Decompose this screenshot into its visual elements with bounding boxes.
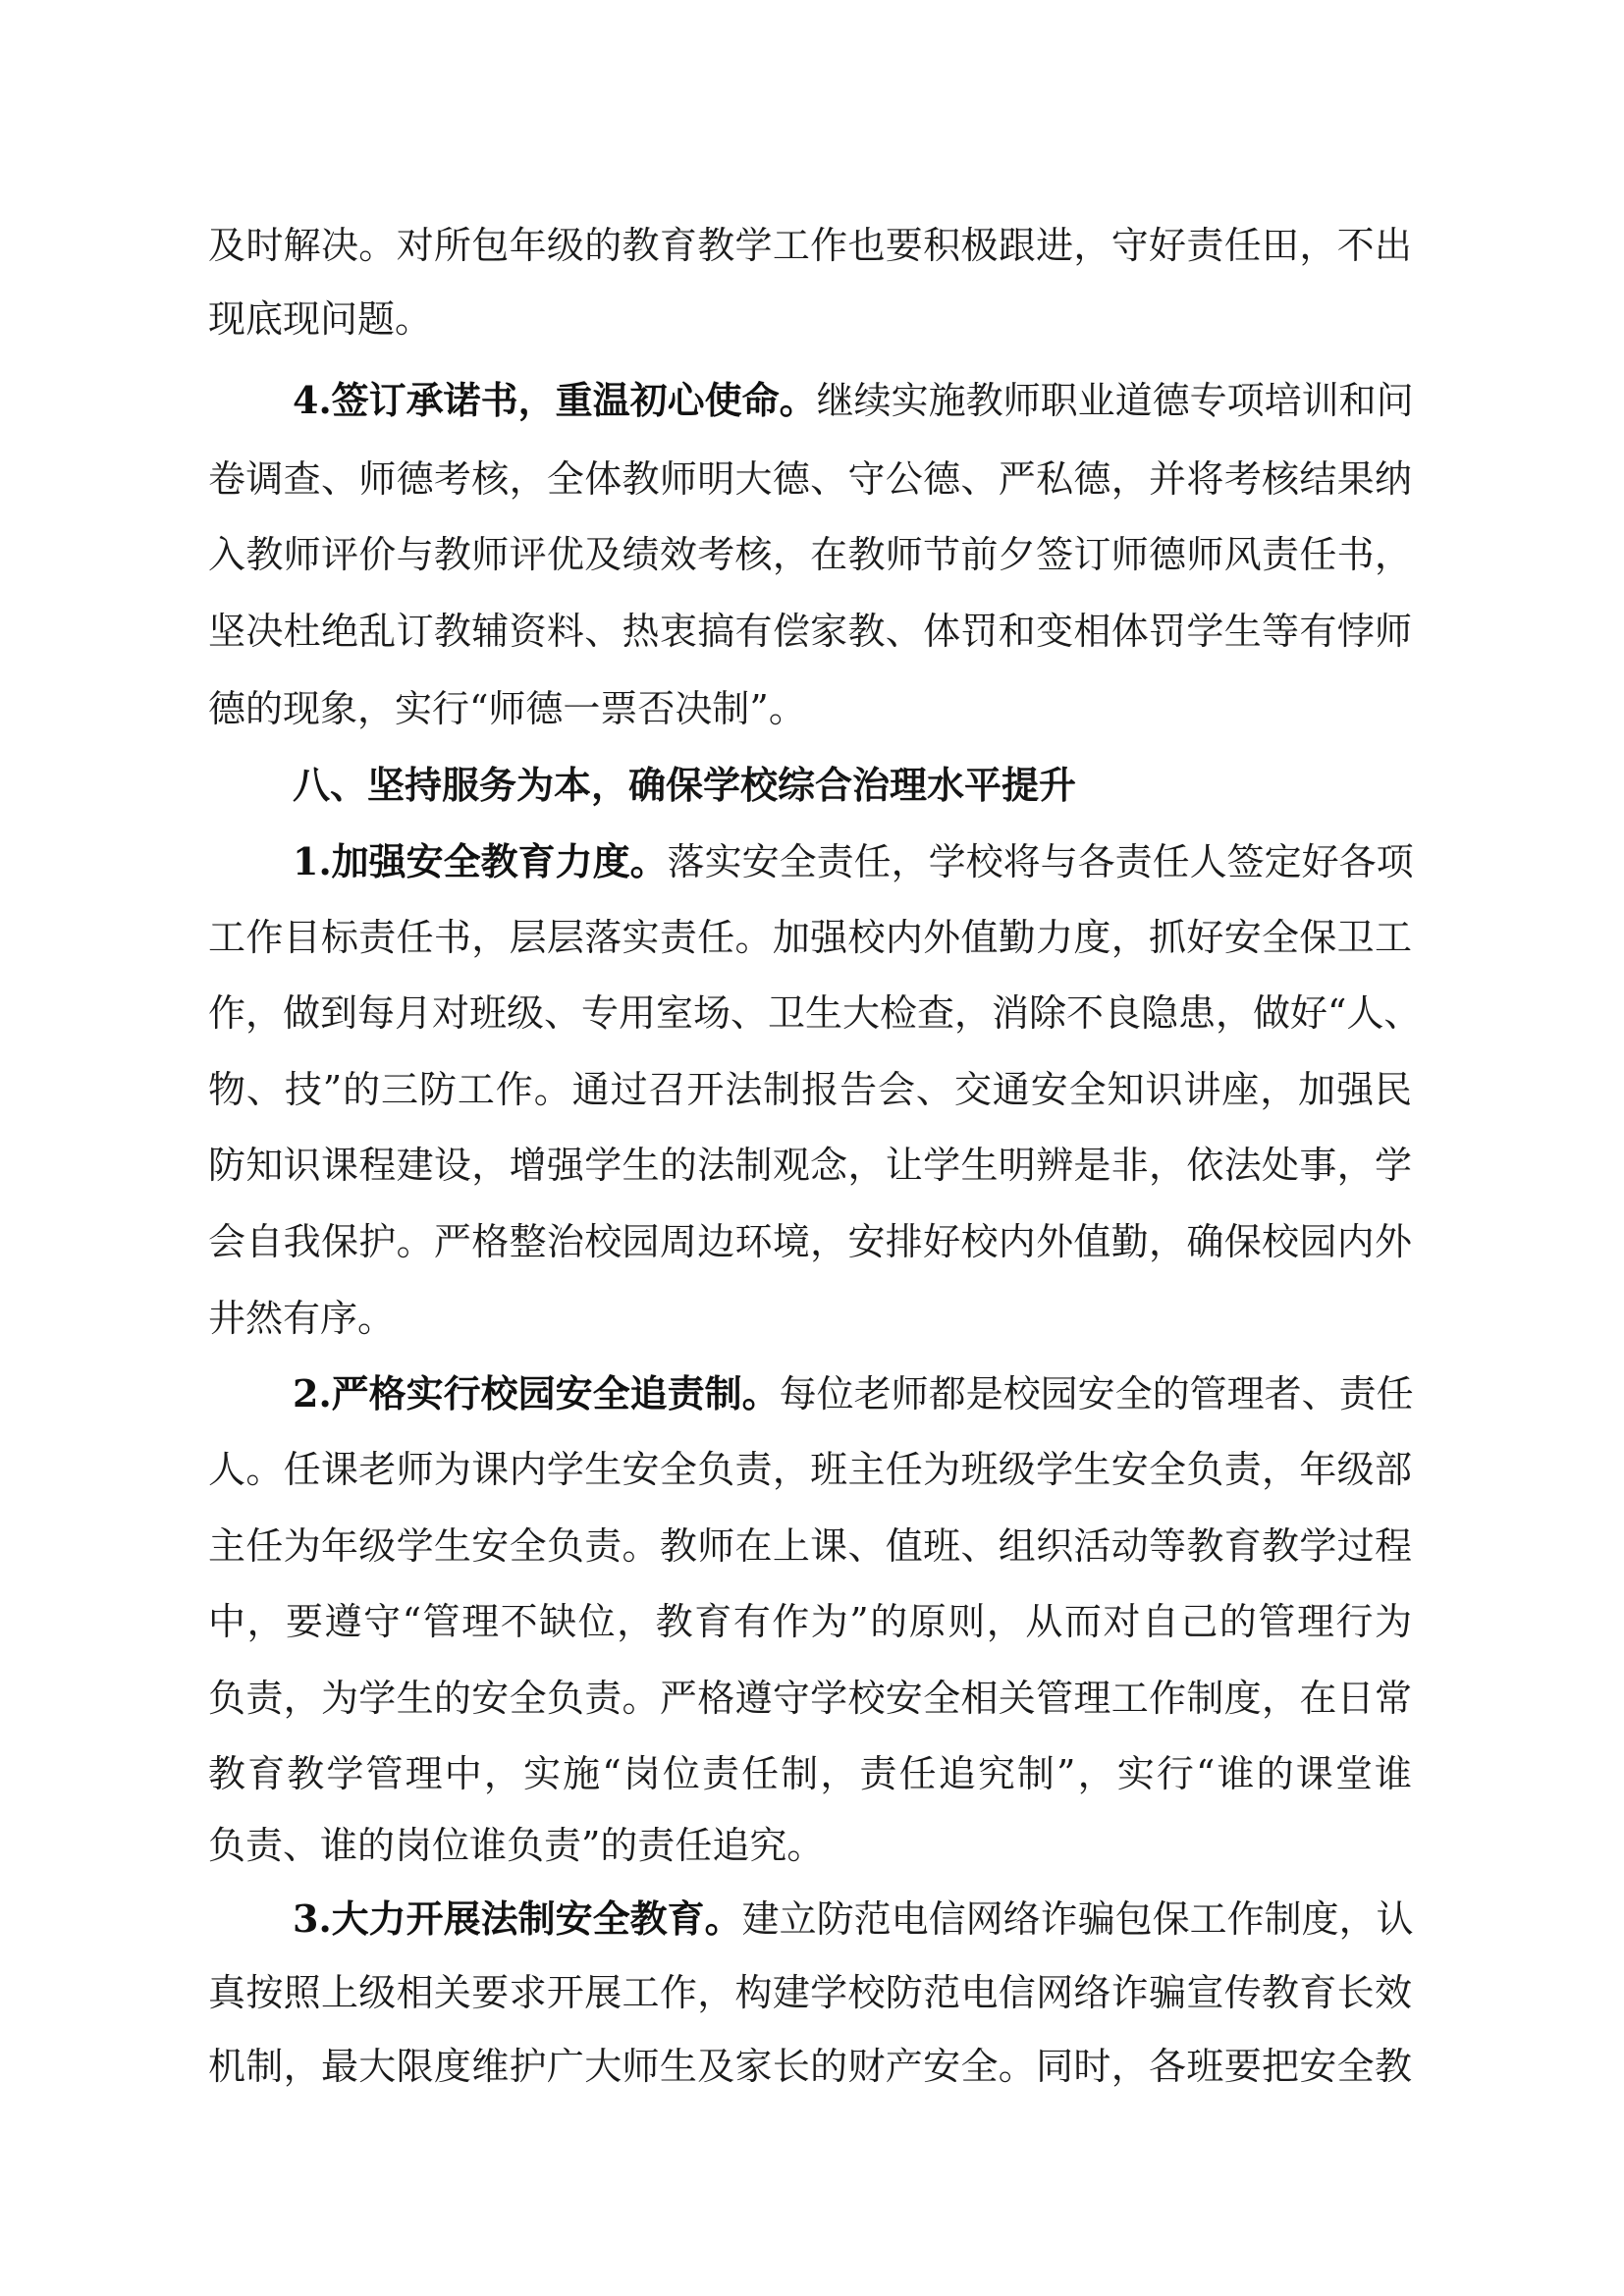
line-text: 物、技”的三防工作。通过召开法制报告会、交通安全知识讲座，加强民 [208, 1068, 1412, 1111]
line-text: 作，做到每月对班级、专用室场、卫生大检查，消除不良隐患，做好“人、 [208, 991, 1421, 1035]
text-line: 工作目标责任书，层层落实责任。加强校内外值勤力度，抓好安全保卫工 [208, 913, 1412, 962]
text-line: 负责，为学生的安全负责。严格遵守学校安全相关管理工作制度，在日常 [208, 1674, 1412, 1723]
item-2-heading-line: 2.严格实行校园安全追责制。每位老师都是校园安全的管理者、责任 [293, 1369, 1412, 1418]
text-line: 作，做到每月对班级、专用室场、卫生大检查，消除不良隐患，做好“人、 [208, 988, 1412, 1038]
line-text: 继续实施教师职业道德专项培训和问 [817, 379, 1414, 422]
line-text: 会自我保护。严格整治校园周边环境，安排好校内外值勤，确保校园内外 [208, 1220, 1412, 1263]
text-line: 物、技”的三防工作。通过召开法制报告会、交通安全知识讲座，加强民 [208, 1065, 1412, 1114]
line-text: 防知识课程建设，增强学生的法制观念，让学生明辨是非，依法处事，学 [208, 1144, 1412, 1187]
text-line: 负责、谁的岗位谁负责”的责任追究。 [208, 1821, 1412, 1870]
text-line: 入教师评价与教师评优及绩效考核，在教师节前夕签订师德师风责任书， [208, 530, 1412, 579]
line-text: 机制，最大限度维护广大师生及家长的财产安全。同时，各班要把安全教 [208, 2045, 1412, 2088]
line-text: 德的现象，实行“师德一票否决制”。 [208, 687, 806, 730]
text-line: 卷调查、师德考核，全体教师明大德、守公德、严私德，并将考核结果纳 [208, 454, 1412, 504]
document-page: 及时解决。对所包年级的教育教学工作也要积极跟进，守好责任田，不出 现底现问题。 … [0, 0, 1624, 2296]
line-text: 卷调查、师德考核，全体教师明大德、守公德、严私德，并将考核结果纳 [208, 457, 1412, 501]
line-text: 现底现问题。 [208, 297, 432, 341]
text-line: 真按照上级相关要求开展工作，构建学校防范电信网络诈骗宣传教育长效 [208, 1968, 1412, 2017]
line-text: 及时解决。对所包年级的教育教学工作也要积极跟进，守好责任田，不出 [208, 224, 1412, 267]
item-4-heading-line: 4.签订承诺书，重温初心使命。继续实施教师职业道德专项培训和问 [293, 376, 1412, 425]
line-text: 负责、谁的岗位谁负责”的责任追究。 [208, 1824, 824, 1867]
lead-in: 4.签订承诺书，重温初心使命。 [293, 378, 817, 422]
line-text: 中，要遵守“管理不缺位，教育有作为”的原则，从而对自己的管理行为 [208, 1600, 1412, 1643]
section-heading-text: 八、坚持服务为本，确保学校综合治理水平提升 [293, 764, 1076, 807]
text-line: 现底现问题。 [208, 294, 1412, 344]
text-line: 德的现象，实行“师德一票否决制”。 [208, 684, 1412, 733]
line-text: 建立防范电信网络诈骗包保工作制度，认 [742, 1897, 1414, 1941]
lead-in: 3.大力开展法制安全教育。 [293, 1896, 742, 1941]
line-text: 入教师评价与教师评优及绩效考核，在教师节前夕签订师德师风责任书， [208, 533, 1412, 576]
line-text: 主任为年级学生安全负责。教师在上课、值班、组织活动等教育教学过程 [208, 1524, 1412, 1568]
text-line: 井然有序。 [208, 1294, 1412, 1343]
text-line: 人。任课老师为课内学生安全负责，班主任为班级学生安全负责，年级部 [208, 1445, 1412, 1494]
line-text: 每位老师都是校园安全的管理者、责任 [780, 1372, 1414, 1415]
line-text: 人。任课老师为课内学生安全负责，班主任为班级学生安全负责，年级部 [208, 1448, 1412, 1491]
line-text: 真按照上级相关要求开展工作，构建学校防范电信网络诈骗宣传教育长效 [208, 1971, 1412, 2014]
item-3-heading-line: 3.大力开展法制安全教育。建立防范电信网络诈骗包保工作制度，认 [293, 1895, 1412, 1944]
line-text: 井然有序。 [208, 1297, 395, 1340]
item-1-heading-line: 1.加强安全教育力度。落实安全责任，学校将与各责任人签定好各项 [293, 837, 1412, 886]
text-line: 中，要遵守“管理不缺位，教育有作为”的原则，从而对自己的管理行为 [208, 1597, 1412, 1646]
text-line: 坚决杜绝乱订教辅资料、热衷搞有偿家教、体罚和变相体罚学生等有悖师 [208, 607, 1412, 656]
lead-in: 2.严格实行校园安全追责制。 [293, 1371, 780, 1415]
line-text: 坚决杜绝乱订教辅资料、热衷搞有偿家教、体罚和变相体罚学生等有悖师 [208, 610, 1412, 653]
text-line: 及时解决。对所包年级的教育教学工作也要积极跟进，守好责任田，不出 [208, 221, 1412, 270]
line-text: 工作目标责任书，层层落实责任。加强校内外值勤力度，抓好安全保卫工 [208, 916, 1412, 959]
line-text: 落实安全责任，学校将与各责任人签定好各项 [668, 840, 1414, 883]
text-line: 会自我保护。严格整治校园周边环境，安排好校内外值勤，确保校园内外 [208, 1217, 1412, 1266]
text-line: 教育教学管理中，实施“岗位责任制，责任追究制”，实行“谁的课堂谁 [208, 1749, 1412, 1798]
text-line: 机制，最大限度维护广大师生及家长的财产安全。同时，各班要把安全教 [208, 2042, 1412, 2091]
section-8-heading: 八、坚持服务为本，确保学校综合治理水平提升 [293, 761, 1412, 810]
text-line: 防知识课程建设，增强学生的法制观念，让学生明辨是非，依法处事，学 [208, 1141, 1412, 1190]
text-line: 主任为年级学生安全负责。教师在上课、值班、组织活动等教育教学过程 [208, 1522, 1412, 1571]
line-text: 教育教学管理中，实施“岗位责任制，责任追究制”，实行“谁的课堂谁 [208, 1752, 1412, 1795]
lead-in: 1.加强安全教育力度。 [293, 839, 668, 883]
line-text: 负责，为学生的安全负责。严格遵守学校安全相关管理工作制度，在日常 [208, 1677, 1412, 1720]
